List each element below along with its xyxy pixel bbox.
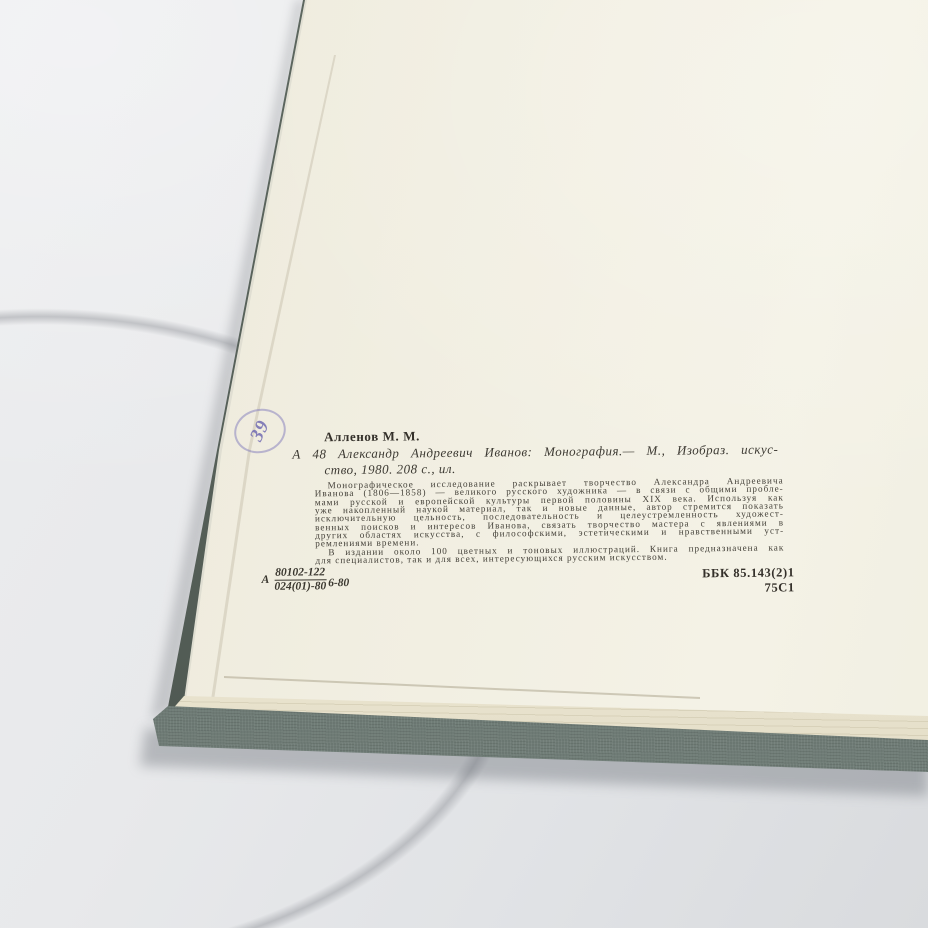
catalog-number: А 80102-122 024(01)-80 6-80 (262, 566, 350, 593)
book-photo: 39 Алленов М. М. А 48 Александр Андрееви… (0, 0, 928, 928)
catalog-prefix: А (262, 574, 270, 586)
entry-title: Александр Андреевич Иванов: Монография.—… (338, 442, 778, 462)
annotation: Монографическое исследование раскрывает … (315, 476, 785, 564)
catalog-suffix: 6-80 (328, 577, 349, 589)
bbk-classification: ББК 85.143(2)1 75С1 (702, 566, 795, 596)
catalog-fraction: 80102-122 024(01)-80 (274, 567, 326, 594)
bbk-line: ББК 85.143(2)1 (702, 566, 794, 581)
imprint-footer: А 80102-122 024(01)-80 6-80 ББК 85.143(2… (257, 562, 797, 616)
catalog-denominator: 024(01)-80 (274, 580, 326, 593)
bbk-code: 75С1 (702, 580, 794, 595)
catalog-numerator: 80102-122 (274, 567, 326, 581)
imprint-text-block: Алленов М. М. А 48 Александр Андреевич И… (255, 418, 797, 614)
entry-code: А 48 (292, 446, 326, 461)
